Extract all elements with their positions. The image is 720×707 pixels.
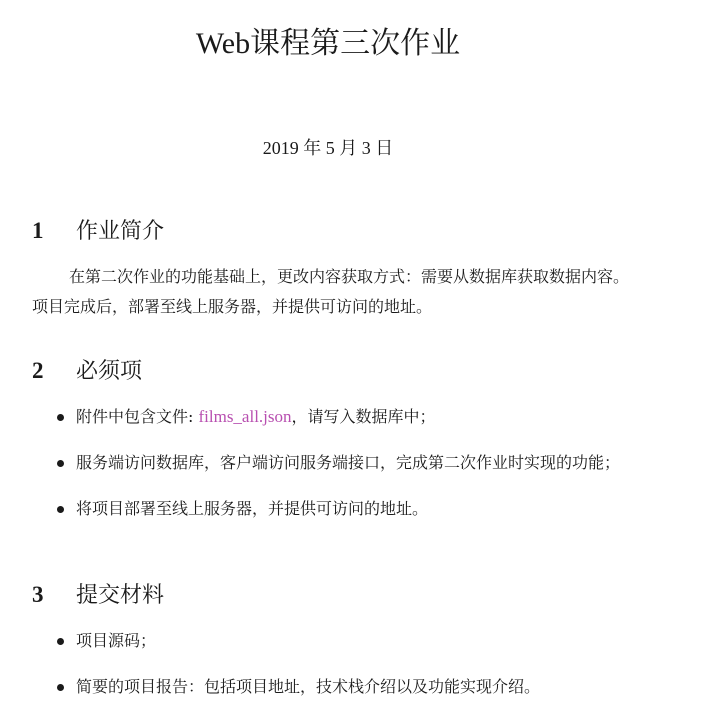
section-title: 提交材料 — [76, 578, 164, 609]
list-item: 将项目部署至线上服务器，并提供可访问的地址。 — [55, 495, 635, 523]
item-text: 将项目部署至线上服务器，并提供可访问的地址。 — [76, 499, 428, 518]
section-number: 2 — [32, 358, 76, 384]
list-item: 简要的项目报告：包括项目地址，技术栈介绍以及功能实现介绍。 — [55, 673, 635, 701]
list-item: 服务端访问数据库，客户端访问服务端接口，完成第二次作业时实现的功能； — [55, 449, 635, 477]
section-heading-2: 2 必须项 — [32, 354, 142, 385]
bullet-icon — [57, 414, 64, 421]
bullet-icon — [57, 638, 64, 645]
bullet-icon — [57, 684, 64, 691]
file-link[interactable]: films_all.json — [198, 407, 291, 426]
document-page: Web课程第三次作业 2019 年 5 月 3 日 1 作业简介 在第二次作业的… — [0, 0, 720, 707]
submission-list: 项目源码； 简要的项目报告：包括项目地址，技术栈介绍以及功能实现介绍。 — [55, 627, 635, 701]
section-heading-1: 1 作业简介 — [32, 214, 164, 245]
document-date: 2019 年 5 月 3 日 — [0, 134, 656, 160]
item-text: 服务端访问数据库，客户端访问服务端接口，完成第二次作业时实现的功能； — [76, 453, 620, 472]
requirements-list: 附件中包含文件: films_all.json，请写入数据库中； 服务端访问数据… — [55, 403, 635, 523]
section-heading-3: 3 提交材料 — [32, 578, 164, 609]
list-item: 项目源码； — [55, 627, 635, 655]
section-number: 3 — [32, 582, 76, 608]
section-number: 1 — [32, 218, 76, 244]
section-title: 必须项 — [76, 354, 142, 385]
bullet-icon — [57, 506, 64, 513]
section-title: 作业简介 — [76, 214, 164, 245]
item-prefix: 附件中包含文件: — [76, 407, 198, 426]
bullet-icon — [57, 460, 64, 467]
section-1-paragraph: 在第二次作业的功能基础上，更改内容获取方式：需要从数据库获取数据内容。项目完成后… — [32, 262, 632, 322]
list-item: 附件中包含文件: films_all.json，请写入数据库中； — [55, 403, 635, 431]
item-text: 简要的项目报告：包括项目地址，技术栈介绍以及功能实现介绍。 — [76, 677, 540, 696]
item-text: 项目源码； — [76, 631, 156, 650]
document-title: Web课程第三次作业 — [0, 18, 656, 62]
item-suffix: ，请写入数据库中； — [292, 407, 436, 426]
